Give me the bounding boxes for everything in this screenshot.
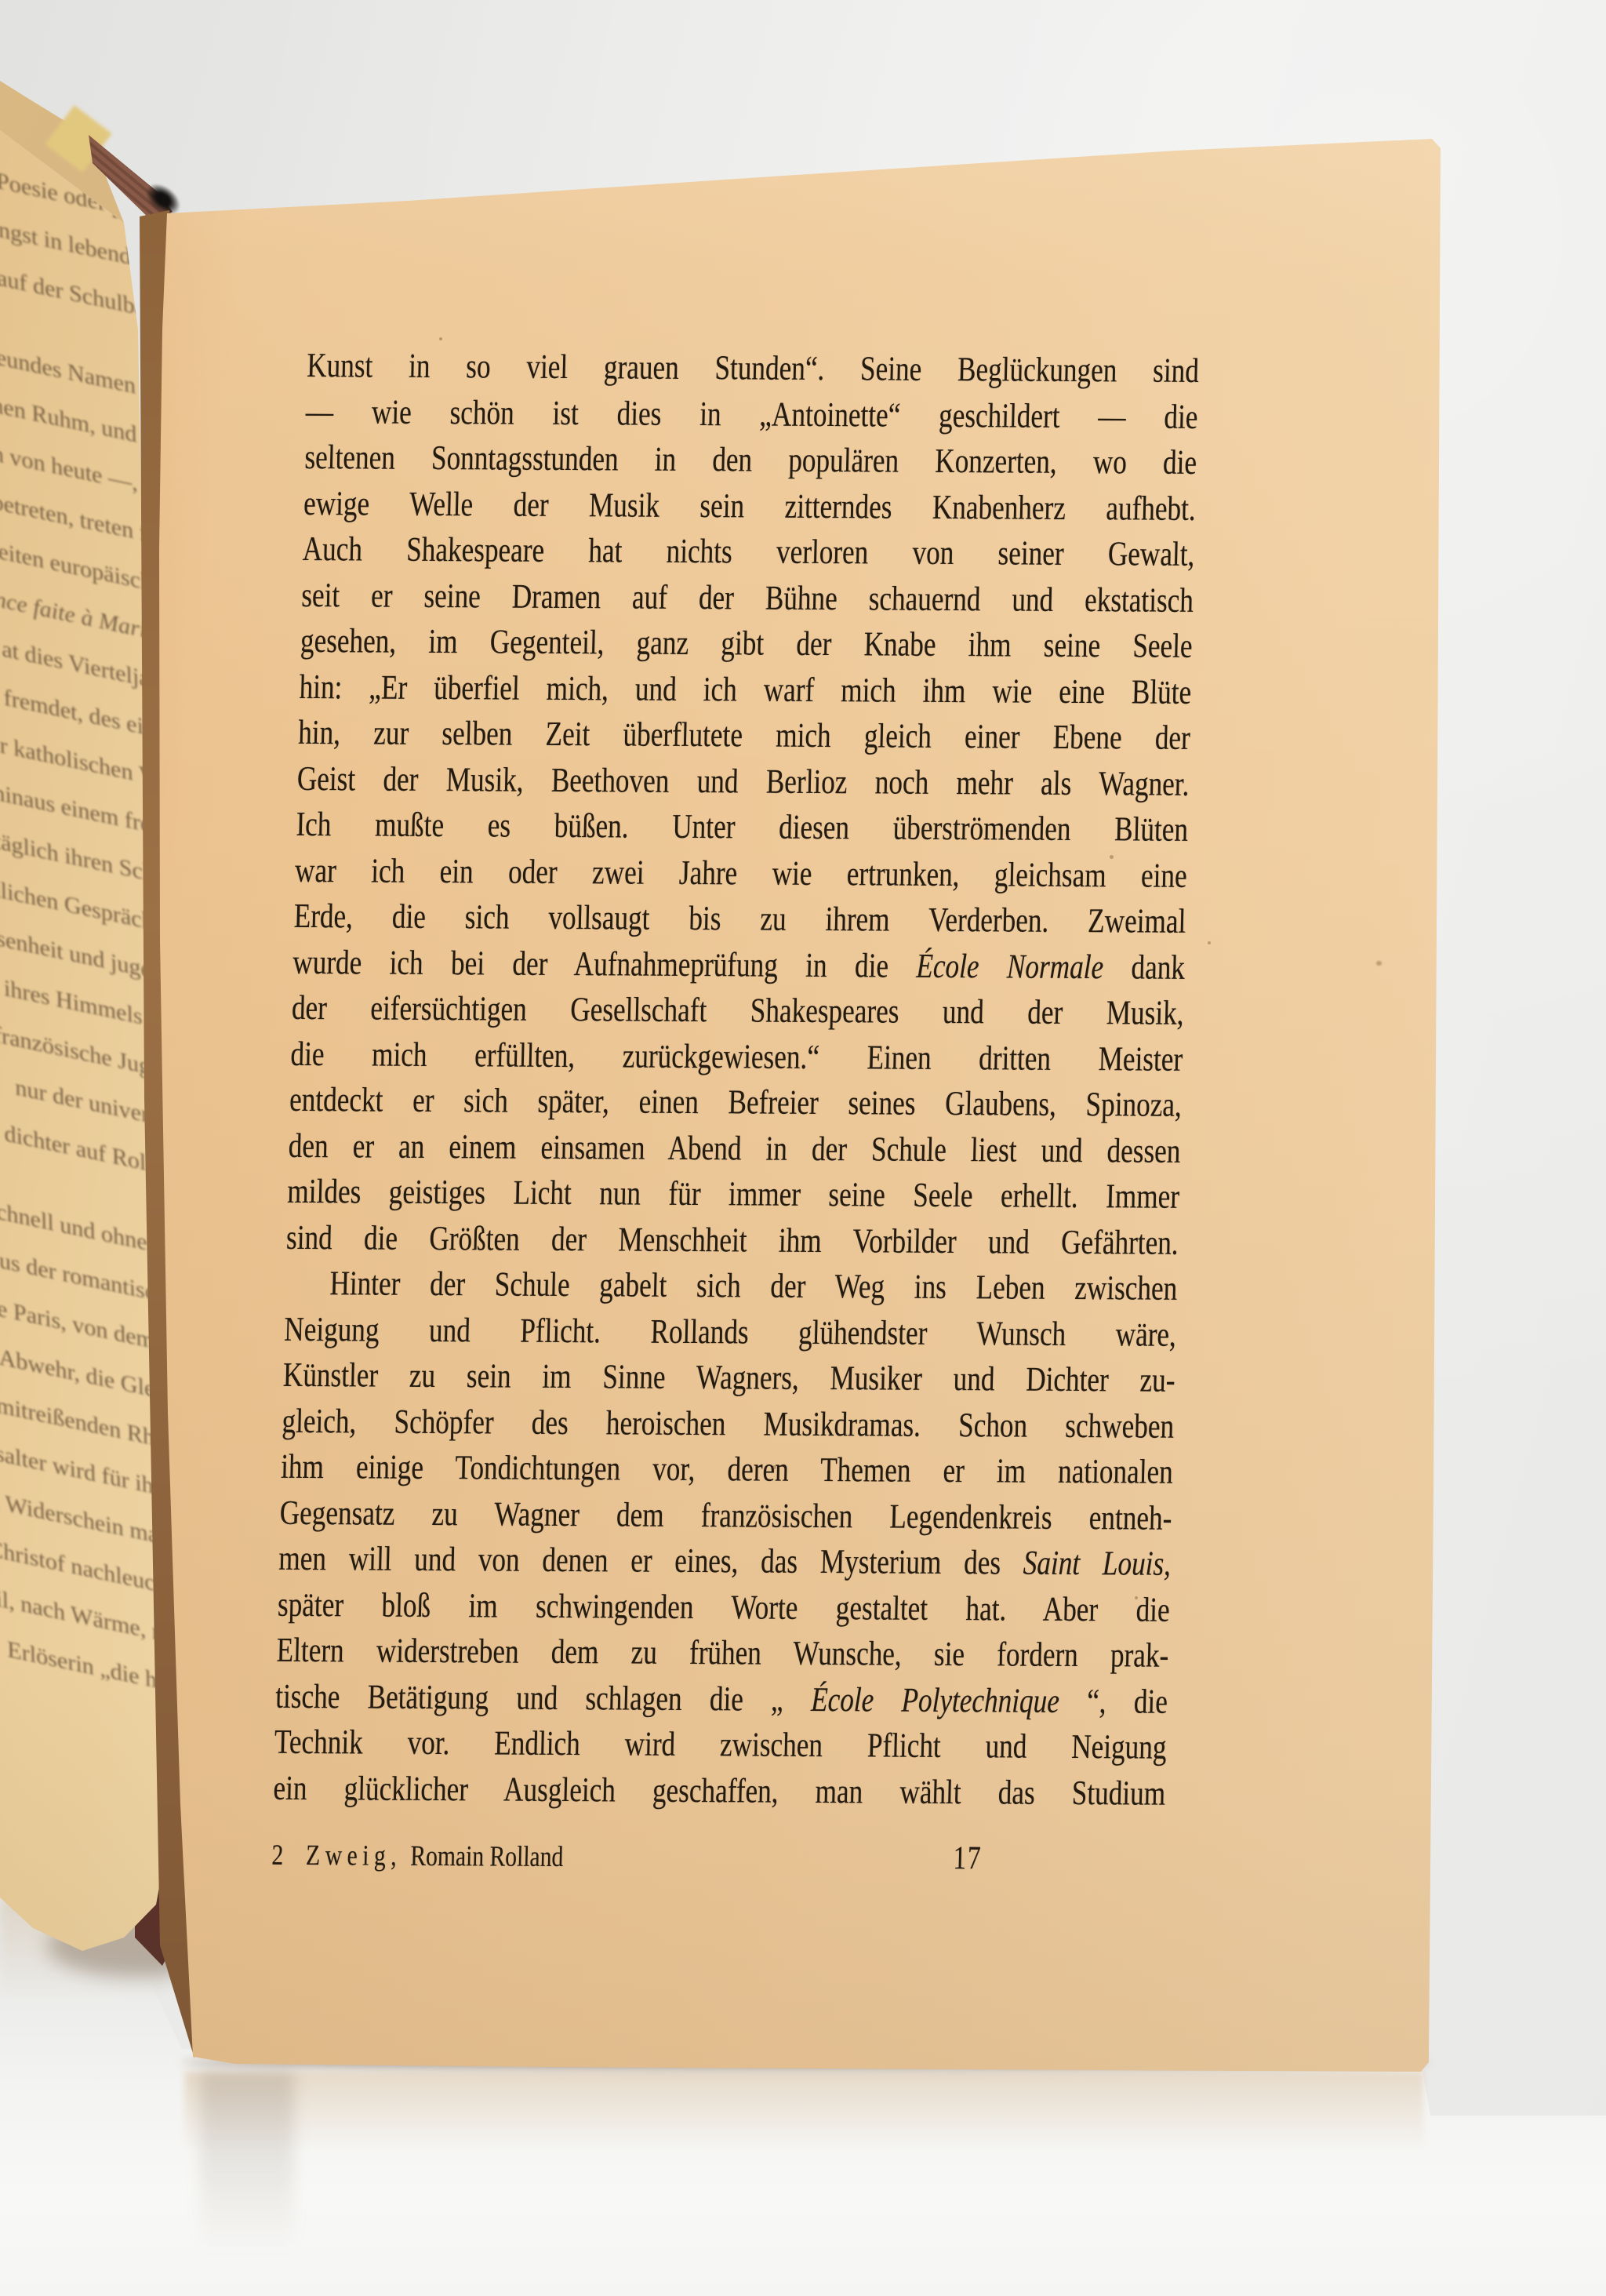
book-photo: en Poesie oder poeti-n längst in lebendi… (0, 0, 1606, 2296)
text-segment: gleich, Schöpfer des heroischen Musikdra… (282, 1401, 1175, 1445)
italic-text-segment: Saint Louis, (1023, 1544, 1171, 1583)
text-segment: seit er seine Dramen auf der Bühne schau… (301, 575, 1194, 619)
text-segment: den er an einem einsamen Abend in der Sc… (288, 1126, 1181, 1170)
text-segment: tische Betätigung und schlagen die „ (275, 1676, 784, 1718)
text-line: ewige Welle der Musik sein zitterndes Kn… (303, 480, 1196, 531)
text-segment: später bloß im schwingenden Worte gestal… (278, 1585, 1171, 1628)
text-segment: Erde, die sich vollsaugt bis zu ihrem Ve… (293, 897, 1186, 941)
text-line: hin, zur selben Zeit überflutete mich gl… (298, 710, 1191, 761)
right-page: Kunst in so viel grauen Stunden“. Seine … (0, 0, 1606, 2296)
text-line: Neigung und Pflicht. Rollands glühendste… (284, 1306, 1177, 1357)
text-segment: die mich erfüllten, zurückgewiesen.“ Ein… (290, 1034, 1183, 1078)
text-line: seit er seine Dramen auf der Bühne schau… (301, 572, 1194, 623)
italic-text-segment: École Polytechnique (811, 1679, 1060, 1719)
text-segment: ewige Welle der Musik sein zitterndes Kn… (303, 483, 1197, 527)
text-segment: dank (1131, 948, 1186, 986)
text-segment: ihm einige Tondichtungen vor, deren Them… (281, 1447, 1174, 1491)
text-line: Ich mußte es büßen. Unter diesen überstr… (296, 802, 1189, 853)
text-segment: hin, zur selben Zeit überflutete mich gl… (298, 713, 1191, 757)
text-line: tische Betätigung und schlagen die „ Éco… (275, 1673, 1168, 1724)
text-segment: Ich mußte es büßen. Unter diesen überstr… (296, 805, 1189, 849)
italic-text-segment: École Normale (916, 946, 1104, 985)
text-line: den er an einem einsamen Abend in der Sc… (288, 1123, 1181, 1173)
text-line: gleich, Schöpfer des heroischen Musikdra… (282, 1398, 1175, 1449)
page-number: 17 (953, 1836, 983, 1882)
paper-speck (439, 337, 442, 340)
text-segment: war ich ein oder zwei Jahre wie ertrunke… (295, 850, 1188, 894)
text-segment: hin: „Er überfiel mich, und ich warf mic… (299, 667, 1192, 711)
text-segment: Gegensatz zu Wagner dem französischen Le… (279, 1493, 1172, 1537)
text-line: ihm einige Tondichtungen vor, deren Them… (281, 1444, 1174, 1495)
footer-volume-number: 2 (271, 1833, 284, 1879)
text-line: Geist der Musik, Beethoven und Berlioz n… (296, 755, 1190, 806)
text-segment: Eltern widerstreben dem zu frühen Wunsch… (276, 1631, 1169, 1675)
text-line: Auch Shakespeare hat nichts verloren von… (302, 526, 1195, 577)
text-line: der eifersüchtigen Gesellschaft Shakespe… (291, 985, 1184, 1036)
text-segment: men will und von denen er eines, das Mys… (278, 1539, 1024, 1582)
text-segment: entdeckt er sich später, einen Befreier … (289, 1080, 1183, 1124)
text-line: später bloß im schwingenden Worte gestal… (277, 1581, 1170, 1632)
text-line: war ich ein oder zwei Jahre wie ertrunke… (294, 847, 1187, 898)
text-line: ein glücklicher Ausgleich geschaffen, ma… (273, 1765, 1166, 1816)
text-segment: Neigung und Pflicht. Rollands glühendste… (284, 1309, 1177, 1353)
text-segment: Geist der Musik, Beethoven und Berlioz n… (296, 759, 1190, 802)
text-segment: Technik vor. Endlich wird zwischen Pflic… (274, 1723, 1167, 1767)
text-line: wurde ich bei der Aufnahmeprüfung in die… (292, 939, 1186, 990)
text-segment: wurde ich bei der Aufnahmeprüfung in die (292, 942, 917, 984)
text-line: hin: „Er überfiel mich, und ich warf mic… (299, 664, 1192, 715)
text-line: seltenen Sonntagsstunden in den populäre… (304, 435, 1197, 486)
text-line: mildes geistiges Licht nun für immer sei… (287, 1169, 1180, 1220)
text-segment: “, die (1087, 1682, 1168, 1721)
text-segment: Kunst in so viel grauen Stunden“. Seine … (307, 346, 1200, 390)
text-segment: gesehen, im Gegenteil, ganz gibt der Kna… (300, 621, 1193, 665)
text-segment: mildes geistiges Licht nun für immer sei… (287, 1172, 1180, 1216)
text-line: — wie schön ist dies in „Antoinette“ ges… (305, 388, 1198, 439)
text-line: Gegensatz zu Wagner dem französischen Le… (279, 1490, 1172, 1541)
footer-title: Romain Rolland (410, 1834, 564, 1881)
main-text-block: Kunst in so viel grauen Stunden“. Seine … (271, 343, 1200, 1884)
text-segment: Künstler zu sein im Sinne Wagners, Musik… (282, 1355, 1175, 1399)
text-segment: der eifersüchtigen Gesellschaft Shakespe… (291, 988, 1184, 1032)
text-segment: ein glücklicher Ausgleich geschaffen, ma… (273, 1768, 1166, 1812)
footer-author: Zweig, (305, 1833, 401, 1879)
text-segment: Auch Shakespeare hat nichts verloren von… (302, 529, 1195, 573)
text-line: Künstler zu sein im Sinne Wagners, Musik… (282, 1352, 1175, 1403)
text-line: Eltern widerstreben dem zu frühen Wunsch… (276, 1628, 1169, 1679)
paper-speck (1208, 941, 1211, 944)
text-line: Kunst in so viel grauen Stunden“. Seine … (307, 343, 1200, 394)
text-segment: Hinter der Schule gabelt sich der Weg in… (329, 1264, 1178, 1308)
text-line: men will und von denen er eines, das Mys… (278, 1536, 1172, 1587)
text-segment: sind die Größten der Menschheit ihm Vorb… (286, 1217, 1179, 1261)
text-segment: — wie schön ist dies in „Antoinette“ ges… (305, 391, 1198, 435)
text-line: gesehen, im Gegenteil, ganz gibt der Kna… (300, 618, 1193, 669)
page-footer: 2Zweig,Romain Rolland17 (271, 1832, 1165, 1884)
text-line: Erde, die sich vollsaugt bis zu ihrem Ve… (293, 893, 1186, 944)
text-line: entdeckt er sich später, einen Befreier … (289, 1077, 1183, 1128)
text-line: die mich erfüllten, zurückgewiesen.“ Ein… (290, 1031, 1183, 1082)
text-segment: seltenen Sonntagsstunden in den populäre… (304, 438, 1197, 482)
paper-speck (1376, 961, 1382, 966)
text-line: Hinter der Schule gabelt sich der Weg in… (285, 1261, 1178, 1312)
text-line: sind die Größten der Menschheit ihm Vorb… (285, 1214, 1179, 1265)
text-line: Technik vor. Endlich wird zwischen Pflic… (274, 1719, 1167, 1770)
